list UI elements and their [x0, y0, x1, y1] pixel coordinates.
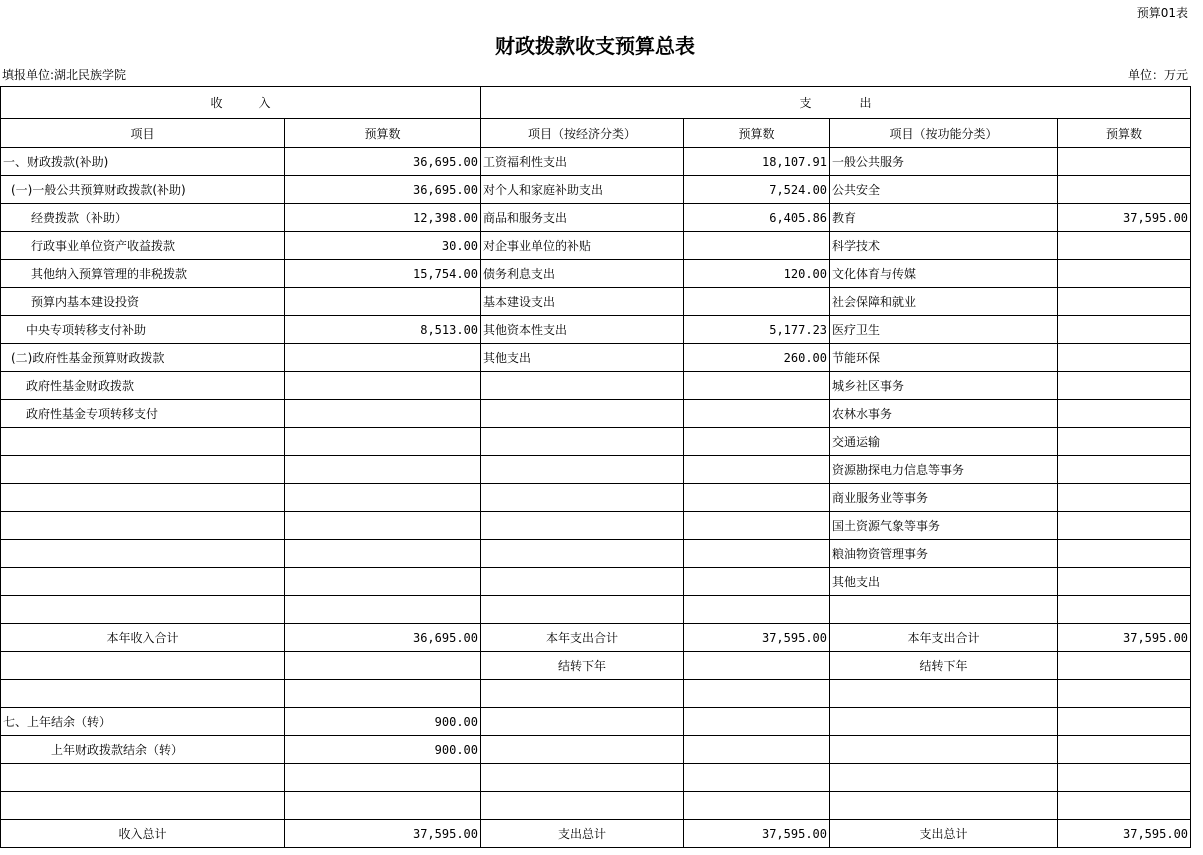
econ-value-cell: 7,524.00: [684, 176, 830, 204]
econ-item-cell: 工资福利性支出: [481, 148, 684, 176]
table-row: 交通运输: [1, 428, 1191, 456]
table-row: 国土资源气象等事务: [1, 512, 1191, 540]
func-item-cell: 其他支出: [830, 568, 1058, 596]
econ-value-cell: 120.00: [684, 260, 830, 288]
income-value-cell: 12,398.00: [285, 204, 481, 232]
econ-value-cell: [684, 288, 830, 316]
income-item-cell: (一)一般公共预算财政拨款(补助): [1, 176, 285, 204]
econ-value-cell: 37,595.00: [684, 820, 830, 848]
func-item-cell: [830, 792, 1058, 820]
econ-value-cell: [684, 484, 830, 512]
income-value-cell: [285, 372, 481, 400]
col-header-econ-budget: 预算数: [684, 119, 830, 148]
budget-summary-table: 收 入 支 出 项目 预算数 项目（按经济分类） 预算数 项目（按功能分类） 预…: [0, 86, 1191, 848]
income-value-cell: [285, 288, 481, 316]
func-value-cell: [1058, 316, 1191, 344]
econ-value-cell: [684, 456, 830, 484]
func-item-cell: 节能环保: [830, 344, 1058, 372]
income-item-cell: [1, 568, 285, 596]
func-item-cell: 城乡社区事务: [830, 372, 1058, 400]
func-value-cell: [1058, 400, 1191, 428]
func-value-cell: [1058, 344, 1191, 372]
func-value-cell: [1058, 708, 1191, 736]
econ-item-cell: [481, 736, 684, 764]
table-row: (二)政府性基金预算财政拨款其他支出260.00节能环保: [1, 344, 1191, 372]
col-header-econ-item: 项目（按经济分类）: [481, 119, 684, 148]
income-item-cell: [1, 540, 285, 568]
table-row: 预算内基本建设投资基本建设支出社会保障和就业: [1, 288, 1191, 316]
income-value-cell: 36,695.00: [285, 624, 481, 652]
col-header-income-budget: 预算数: [285, 119, 481, 148]
econ-item-cell: [481, 680, 684, 708]
func-value-cell: 37,595.00: [1058, 204, 1191, 232]
econ-item-cell: 对个人和家庭补助支出: [481, 176, 684, 204]
func-item-cell: 社会保障和就业: [830, 288, 1058, 316]
table-row: 行政事业单位资产收益拨款30.00对企事业单位的补贴科学技术: [1, 232, 1191, 260]
func-item-cell: 国土资源气象等事务: [830, 512, 1058, 540]
func-item-cell: [830, 736, 1058, 764]
income-section-header: 收 入: [1, 87, 481, 119]
col-header-income-item: 项目: [1, 119, 285, 148]
func-item-cell: 粮油物资管理事务: [830, 540, 1058, 568]
econ-value-cell: [684, 764, 830, 792]
econ-value-cell: 37,595.00: [684, 624, 830, 652]
table-row: 结转下年结转下年: [1, 652, 1191, 680]
income-item-cell: 收入总计: [1, 820, 285, 848]
func-item-cell: [830, 680, 1058, 708]
func-item-cell: 公共安全: [830, 176, 1058, 204]
form-number: 预算01表: [1137, 4, 1188, 21]
income-item-cell: [1, 596, 285, 624]
econ-item-cell: [481, 400, 684, 428]
table-row: 中央专项转移支付补助8,513.00其他资本性支出5,177.23医疗卫生: [1, 316, 1191, 344]
func-value-cell: [1058, 764, 1191, 792]
table-row: 七、上年结余（转）900.00: [1, 708, 1191, 736]
income-value-cell: [285, 764, 481, 792]
func-value-cell: [1058, 176, 1191, 204]
income-value-cell: [285, 512, 481, 540]
func-item-cell: 文化体育与传媒: [830, 260, 1058, 288]
func-item-cell: 交通运输: [830, 428, 1058, 456]
income-value-cell: 900.00: [285, 736, 481, 764]
income-item-cell: 行政事业单位资产收益拨款: [1, 232, 285, 260]
func-value-cell: [1058, 792, 1191, 820]
econ-value-cell: [684, 596, 830, 624]
income-value-cell: [285, 456, 481, 484]
table-row: 政府性基金财政拨款城乡社区事务: [1, 372, 1191, 400]
func-value-cell: [1058, 568, 1191, 596]
func-item-cell: 医疗卫生: [830, 316, 1058, 344]
econ-item-cell: 支出总计: [481, 820, 684, 848]
income-value-cell: 36,695.00: [285, 176, 481, 204]
income-item-cell: [1, 456, 285, 484]
econ-item-cell: [481, 792, 684, 820]
func-value-cell: [1058, 652, 1191, 680]
func-value-cell: [1058, 148, 1191, 176]
table-row: 上年财政拨款结余（转）900.00: [1, 736, 1191, 764]
econ-item-cell: [481, 428, 684, 456]
econ-value-cell: [684, 792, 830, 820]
income-value-cell: [285, 428, 481, 456]
econ-value-cell: [684, 400, 830, 428]
econ-value-cell: [684, 708, 830, 736]
func-value-cell: [1058, 232, 1191, 260]
econ-item-cell: [481, 456, 684, 484]
income-item-cell: 本年收入合计: [1, 624, 285, 652]
econ-item-cell: [481, 540, 684, 568]
func-value-cell: [1058, 540, 1191, 568]
income-item-cell: [1, 680, 285, 708]
func-item-cell: 一般公共服务: [830, 148, 1058, 176]
econ-item-cell: 结转下年: [481, 652, 684, 680]
econ-value-cell: 18,107.91: [684, 148, 830, 176]
income-value-cell: 900.00: [285, 708, 481, 736]
func-value-cell: [1058, 736, 1191, 764]
currency-unit: 单位：万元: [1128, 66, 1188, 83]
func-item-cell: 商业服务业等事务: [830, 484, 1058, 512]
income-item-cell: 预算内基本建设投资: [1, 288, 285, 316]
income-item-cell: [1, 652, 285, 680]
income-item-cell: [1, 764, 285, 792]
econ-value-cell: [684, 232, 830, 260]
income-item-cell: [1, 512, 285, 540]
col-header-func-budget: 预算数: [1058, 119, 1191, 148]
econ-item-cell: 基本建设支出: [481, 288, 684, 316]
func-value-cell: [1058, 372, 1191, 400]
income-value-cell: 8,513.00: [285, 316, 481, 344]
func-item-cell: [830, 764, 1058, 792]
income-item-cell: 七、上年结余（转）: [1, 708, 285, 736]
table-row: 本年收入合计36,695.00本年支出合计37,595.00本年支出合计37,5…: [1, 624, 1191, 652]
income-value-cell: [285, 596, 481, 624]
func-value-cell: [1058, 680, 1191, 708]
econ-item-cell: [481, 568, 684, 596]
func-item-cell: 教育: [830, 204, 1058, 232]
func-value-cell: [1058, 484, 1191, 512]
econ-value-cell: [684, 428, 830, 456]
func-item-cell: 支出总计: [830, 820, 1058, 848]
econ-item-cell: [481, 512, 684, 540]
func-value-cell: [1058, 456, 1191, 484]
func-item-cell: 结转下年: [830, 652, 1058, 680]
income-item-cell: (二)政府性基金预算财政拨款: [1, 344, 285, 372]
table-row: (一)一般公共预算财政拨款(补助)36,695.00对个人和家庭补助支出7,52…: [1, 176, 1191, 204]
income-value-cell: 37,595.00: [285, 820, 481, 848]
table-row: 收入总计37,595.00支出总计37,595.00支出总计37,595.00: [1, 820, 1191, 848]
table-row: [1, 596, 1191, 624]
income-value-cell: [285, 792, 481, 820]
table-row: [1, 680, 1191, 708]
income-item-cell: [1, 428, 285, 456]
table-row: 其他纳入预算管理的非税拨款15,754.00债务利息支出120.00文化体育与传…: [1, 260, 1191, 288]
income-value-cell: [285, 680, 481, 708]
income-item-cell: 中央专项转移支付补助: [1, 316, 285, 344]
section-header-row: 收 入 支 出: [1, 87, 1191, 119]
income-item-cell: [1, 484, 285, 512]
econ-item-cell: 债务利息支出: [481, 260, 684, 288]
income-item-cell: 政府性基金专项转移支付: [1, 400, 285, 428]
econ-item-cell: 商品和服务支出: [481, 204, 684, 232]
income-item-cell: [1, 792, 285, 820]
col-header-func-item: 项目（按功能分类）: [830, 119, 1058, 148]
econ-item-cell: [481, 708, 684, 736]
income-item-cell: 经费拨款（补助）: [1, 204, 285, 232]
income-item-cell: 其他纳入预算管理的非税拨款: [1, 260, 285, 288]
column-header-row: 项目 预算数 项目（按经济分类） 预算数 项目（按功能分类） 预算数: [1, 119, 1191, 148]
income-value-cell: 30.00: [285, 232, 481, 260]
econ-value-cell: 6,405.86: [684, 204, 830, 232]
econ-value-cell: [684, 568, 830, 596]
income-value-cell: [285, 568, 481, 596]
econ-item-cell: [481, 372, 684, 400]
table-row: 资源勘探电力信息等事务: [1, 456, 1191, 484]
econ-value-cell: [684, 372, 830, 400]
func-value-cell: 37,595.00: [1058, 624, 1191, 652]
func-item-cell: 农林水事务: [830, 400, 1058, 428]
func-item-cell: 本年支出合计: [830, 624, 1058, 652]
table-row: [1, 792, 1191, 820]
func-item-cell: [830, 596, 1058, 624]
func-item-cell: [830, 708, 1058, 736]
income-item-cell: 一、财政拨款(补助): [1, 148, 285, 176]
econ-value-cell: 260.00: [684, 344, 830, 372]
income-value-cell: 36,695.00: [285, 148, 481, 176]
econ-item-cell: [481, 596, 684, 624]
income-value-cell: [285, 484, 481, 512]
econ-value-cell: [684, 512, 830, 540]
page-title: 财政拨款收支预算总表: [0, 30, 1190, 59]
income-value-cell: [285, 344, 481, 372]
econ-item-cell: [481, 484, 684, 512]
table-row: 粮油物资管理事务: [1, 540, 1191, 568]
func-item-cell: 科学技术: [830, 232, 1058, 260]
income-value-cell: 15,754.00: [285, 260, 481, 288]
econ-value-cell: [684, 736, 830, 764]
econ-value-cell: [684, 652, 830, 680]
income-item-cell: 上年财政拨款结余（转）: [1, 736, 285, 764]
econ-item-cell: 对企事业单位的补贴: [481, 232, 684, 260]
table-row: 政府性基金专项转移支付农林水事务: [1, 400, 1191, 428]
func-value-cell: [1058, 512, 1191, 540]
econ-value-cell: 5,177.23: [684, 316, 830, 344]
func-value-cell: [1058, 596, 1191, 624]
func-value-cell: [1058, 288, 1191, 316]
income-value-cell: [285, 652, 481, 680]
expense-section-header: 支 出: [481, 87, 1191, 119]
econ-item-cell: 其他支出: [481, 344, 684, 372]
func-value-cell: [1058, 260, 1191, 288]
econ-value-cell: [684, 680, 830, 708]
econ-value-cell: [684, 540, 830, 568]
table-row: 其他支出: [1, 568, 1191, 596]
table-row: 一、财政拨款(补助)36,695.00工资福利性支出18,107.91一般公共服…: [1, 148, 1191, 176]
table-row: 经费拨款（补助）12,398.00商品和服务支出6,405.86教育37,595…: [1, 204, 1191, 232]
econ-item-cell: 其他资本性支出: [481, 316, 684, 344]
table-row: [1, 764, 1191, 792]
income-item-cell: 政府性基金财政拨款: [1, 372, 285, 400]
func-value-cell: 37,595.00: [1058, 820, 1191, 848]
func-item-cell: 资源勘探电力信息等事务: [830, 456, 1058, 484]
income-value-cell: [285, 540, 481, 568]
func-value-cell: [1058, 428, 1191, 456]
table-row: 商业服务业等事务: [1, 484, 1191, 512]
reporting-unit: 填报单位:湖北民族学院: [2, 66, 126, 83]
econ-item-cell: [481, 764, 684, 792]
income-value-cell: [285, 400, 481, 428]
econ-item-cell: 本年支出合计: [481, 624, 684, 652]
